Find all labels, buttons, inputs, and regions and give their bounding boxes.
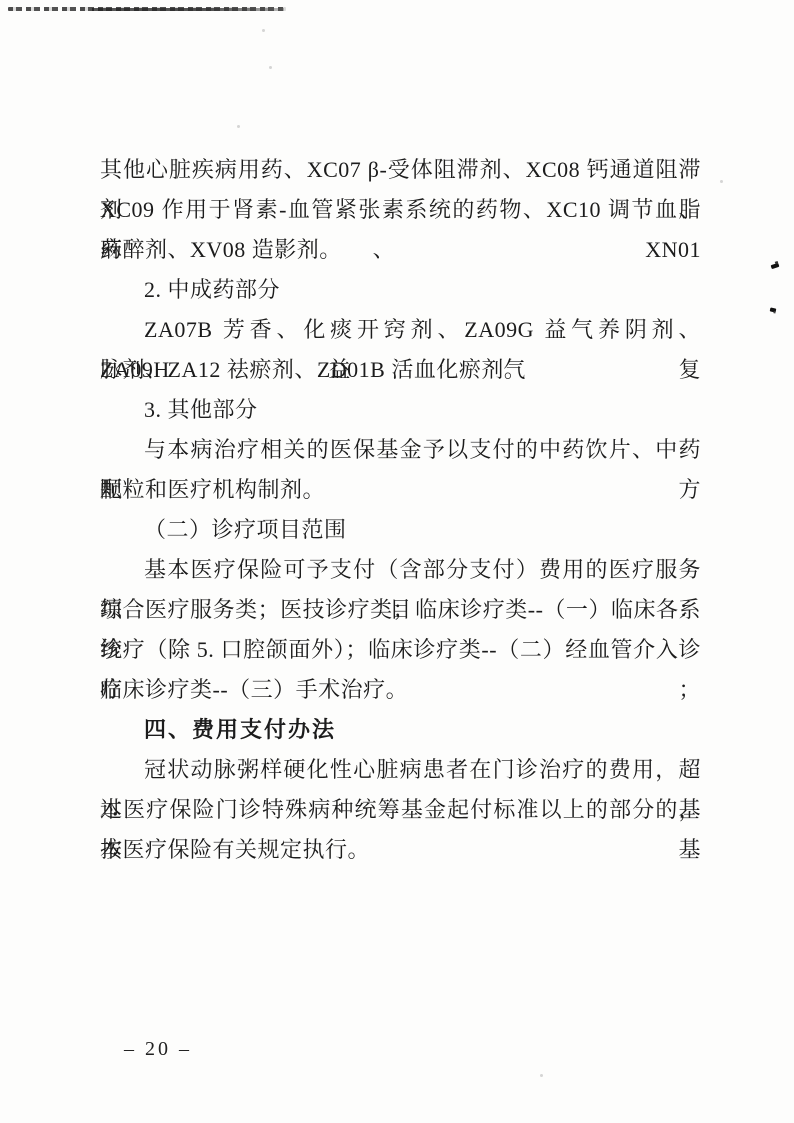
ink-speck <box>771 263 780 269</box>
document-text-block: 其他心脏疾病用药、XC07 β-受体阻滞剂、XC08 钙通道阻滞剂、 XC09 … <box>100 150 701 870</box>
paragraph-fee-payment-line: 本医疗保险门诊特殊病种统筹基金起付标准以上的部分的，按基 <box>100 790 701 830</box>
page-number: – 20 – <box>124 1038 192 1061</box>
subheading-chinese-patent-medicine: 2. 中成药部分 <box>100 270 701 310</box>
paragraph-treatment-items-line: 诊疗（除 5. 口腔颌面外）；临床诊疗类--（二）经血管介入诊疗； <box>100 630 701 670</box>
paragraph-other-part-line: 与本病治疗相关的医保基金予以支付的中药饮片、中药配方 <box>100 430 701 470</box>
paragraph-western-medicine-line: 其他心脏疾病用药、XC07 β-受体阻滞剂、XC08 钙通道阻滞剂、 <box>100 150 701 190</box>
subheading-other-part: 3. 其他部分 <box>100 390 701 430</box>
scan-streak-artifact <box>92 8 284 11</box>
heading-fee-payment-method: 四、费用支付办法 <box>100 710 701 750</box>
paragraph-chinese-patent-medicine-line: ZA07B 芳香、化痰开窍剂、ZA09G 益气养阴剂、ZA09H 益气复 <box>100 310 701 350</box>
scan-dot <box>262 29 265 32</box>
scan-dot <box>237 125 240 128</box>
scan-dot <box>720 180 723 183</box>
document-page: 其他心脏疾病用药、XC07 β-受体阻滞剂、XC08 钙通道阻滞剂、 XC09 … <box>0 0 794 1123</box>
paragraph-treatment-items-line: 基本医疗保险可予支付（含部分支付）费用的医疗服务项目： <box>100 550 701 590</box>
paragraph-western-medicine-line: XC09 作用于肾素-血管紧张素系统的药物、XC10 调节血脂药、XN01 <box>100 190 701 230</box>
paragraph-fee-payment-line: 冠状动脉粥样硬化性心脏病患者在门诊治疗的费用，超过基 <box>100 750 701 790</box>
scan-dot <box>269 66 272 69</box>
subheading-treatment-items-scope: （二）诊疗项目范围 <box>100 510 701 550</box>
paragraph-treatment-items-line: 综合医疗服务类；医技诊疗类；临床诊疗类--（一）临床各系统 <box>100 590 701 630</box>
ink-speck <box>770 307 777 312</box>
scan-dot <box>540 1074 543 1077</box>
